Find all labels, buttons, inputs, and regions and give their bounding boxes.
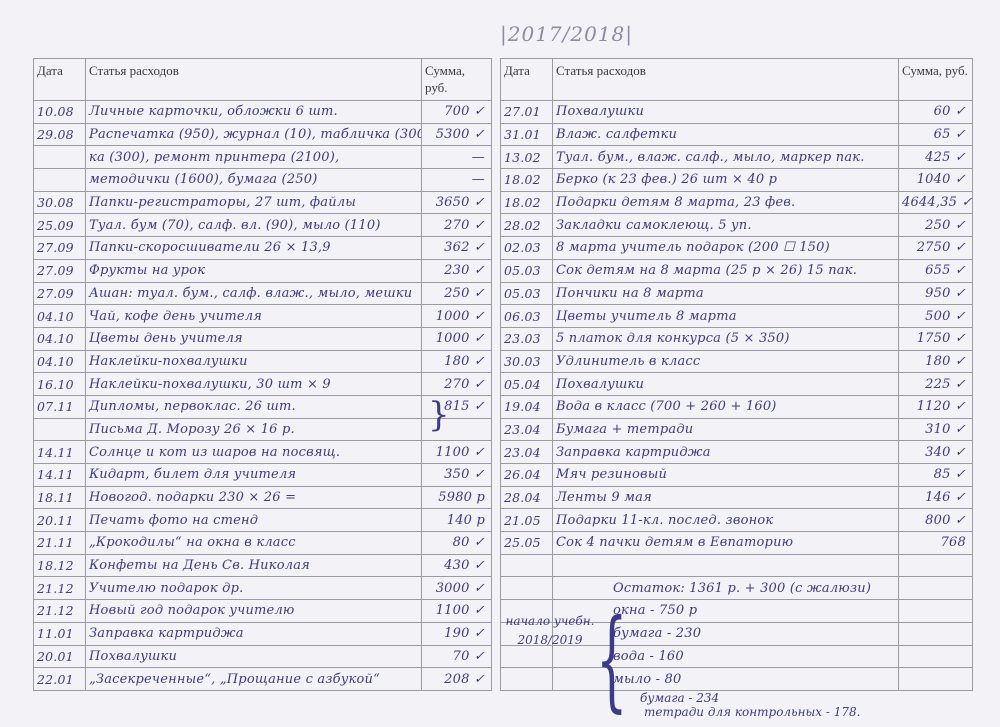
date-cell: 14.11 [34,441,86,464]
date-cell: 11.01 [34,622,86,645]
amount-cell: 208 ✓ [422,668,492,691]
date-cell: 23.03 [501,327,553,350]
date-cell: 21.11 [34,532,86,555]
amount-cell: — [422,146,492,169]
item-cell: Цветы учитель 8 марта [553,305,899,328]
header-date: Дата [501,59,553,101]
item-cell: Распечатка (950), журнал (10), табличка … [86,123,422,146]
expense-table-right: Дата Статья расходов Сумма, руб. 27.01По… [500,58,973,691]
header-row: Дата Статья расходов Сумма, руб. [501,59,973,101]
table-row: 29.08Распечатка (950), журнал (10), табл… [34,123,492,146]
date-cell: 04.10 [34,350,86,373]
item-cell: методички (1600), бумага (250) [86,169,422,192]
item-cell: Вода в класс (700 + 260 + 160) [553,395,899,418]
amount-cell: 180 ✓ [422,350,492,373]
header-item: Статья расходов [86,59,422,101]
item-cell: Похвалушки [553,101,899,124]
amount-cell: 950 ✓ [899,282,973,305]
date-cell: 05.03 [501,259,553,282]
date-cell: 20.01 [34,645,86,668]
amount-cell [899,577,973,600]
amount-cell: 146 ✓ [899,486,973,509]
date-cell: 22.01 [34,668,86,691]
header-amount: Сумма, руб. [899,59,973,101]
table-row: 27.09Ашан: туал. бум., салф. влаж., мыло… [34,282,492,305]
amount-cell: 1750 ✓ [899,327,973,350]
date-cell: 16.10 [34,373,86,396]
merge-brace: } [428,398,450,432]
item-cell: Учителю подарок др. [86,577,422,600]
table-row: 06.03Цветы учитель 8 марта500 ✓ [501,305,973,328]
amount-cell: 225 ✓ [899,373,973,396]
amount-cell: 1000 ✓ [422,305,492,328]
date-cell: 27.09 [34,237,86,260]
amount-cell: 1100 ✓ [422,600,492,623]
item-cell: Наклейки-похвалушки, 30 шт × 9 [86,373,422,396]
table-row: 23.035 платок для конкурса (5 × 350)1750… [501,327,973,350]
date-cell: 18.02 [501,191,553,214]
table-row: 10.08Личные карточки, обложки 6 шт.700 ✓ [34,101,492,124]
item-cell: Новый год подарок учителю [86,600,422,623]
date-cell: 28.04 [501,486,553,509]
amount-cell: 5980 р [422,486,492,509]
amount-cell: 60 ✓ [899,101,973,124]
amount-cell [899,600,973,623]
table-row: 26.04Мяч резиновый85 ✓ [501,464,973,487]
table-row: ка (300), ремонт принтера (2100),— [34,146,492,169]
amount-cell: 655 ✓ [899,259,973,282]
amount-cell: — [422,169,492,192]
table-row: 07.11Дипломы, первоклас. 26 шт.815 ✓ [34,395,492,418]
date-cell [501,577,553,600]
date-cell: 05.04 [501,373,553,396]
date-cell [34,418,86,441]
amount-cell: 1000 ✓ [422,327,492,350]
item-cell: Чай, кофе день учителя [86,305,422,328]
table-row: 27.01Похвалушки60 ✓ [501,101,973,124]
amount-cell: 80 ✓ [422,532,492,555]
item-cell: Папки-регистраторы, 27 шт, файлы [86,191,422,214]
item-cell: Мяч резиновый [553,464,899,487]
table-row: 30.03Удлинитель в класс180 ✓ [501,350,973,373]
left-table-body: 10.08Личные карточки, обложки 6 шт.700 ✓… [34,101,492,691]
table-row: 21.12Новый год подарок учителю1100 ✓ [34,600,492,623]
amount-cell: 800 ✓ [899,509,973,532]
amount-cell: 768 [899,532,973,555]
item-cell: Новогод. подарки 230 × 26 = [86,486,422,509]
item-cell: Заправка картриджа [553,441,899,464]
table-row: 16.10Наклейки-похвалушки, 30 шт × 9270 ✓ [34,373,492,396]
item-cell: Личные карточки, обложки 6 шт. [86,101,422,124]
table-row: 18.12Конфеты на День Св. Николая430 ✓ [34,554,492,577]
amount-cell: 350 ✓ [422,464,492,487]
amount-cell: 230 ✓ [422,259,492,282]
item-cell: Похвалушки [553,373,899,396]
amount-cell: 1040 ✓ [899,169,973,192]
item-cell: Подарки 11-кл. послед. звонок [553,509,899,532]
item-cell: Удлинитель в класс [553,350,899,373]
header-date: Дата [34,59,86,101]
date-cell: 18.11 [34,486,86,509]
date-cell: 21.05 [501,509,553,532]
amount-cell [899,554,973,577]
item-cell: Берко (к 23 фев.) 26 шт × 40 р [553,169,899,192]
table-row: 21.12Учителю подарок др.3000 ✓ [34,577,492,600]
date-cell: 04.10 [34,305,86,328]
table-row: 20.01Похвалушки70 ✓ [34,645,492,668]
item-cell: Туал. бум (70), салф. вл. (90), мыло (11… [86,214,422,237]
item-cell: Сок 4 пачки детям в Евпаторию [553,532,899,555]
item-cell: Сок детям на 8 марта (25 р × 26) 15 пак. [553,259,899,282]
amount-cell: 270 ✓ [422,373,492,396]
table-row: 28.04Ленты 9 мая146 ✓ [501,486,973,509]
date-cell [501,554,553,577]
header-row: Дата Статья расходов Сумма, руб. [34,59,492,101]
table-row: 11.01Заправка картриджа190 ✓ [34,622,492,645]
date-cell: 25.09 [34,214,86,237]
curly-brace: { [596,604,628,714]
amount-cell: 250 ✓ [422,282,492,305]
item-cell: Письма Д. Морозу 26 × 16 р. [86,418,422,441]
amount-cell: 3650 ✓ [422,191,492,214]
amount-cell: 500 ✓ [899,305,973,328]
table-row: Остаток: 1361 р. + 300 (с жалюзи) [501,577,973,600]
date-cell: 18.12 [34,554,86,577]
item-cell: „Крокодилы“ на окна в класс [86,532,422,555]
date-cell: 10.08 [34,101,86,124]
item-cell: Похвалушки [86,645,422,668]
date-cell: 30.03 [501,350,553,373]
table-row: 04.10Чай, кофе день учителя1000 ✓ [34,305,492,328]
table-row: 21.05Подарки 11-кл. послед. звонок800 ✓ [501,509,973,532]
amount-cell: 270 ✓ [422,214,492,237]
item-cell: Пончики на 8 марта [553,282,899,305]
header-item: Статья расходов [553,59,899,101]
amount-cell: 2750 ✓ [899,237,973,260]
table-row: 21.11„Крокодилы“ на окна в класс80 ✓ [34,532,492,555]
item-cell: „Засекреченные“, „Прощание с азбукой“ [86,668,422,691]
amount-cell [899,645,973,668]
table-row: 31.01Влаж. салфетки65 ✓ [501,123,973,146]
table-row: 05.04Похвалушки225 ✓ [501,373,973,396]
item-cell: ка (300), ремонт принтера (2100), [86,146,422,169]
table-row: 04.10Наклейки-похвалушки180 ✓ [34,350,492,373]
table-row: 27.09Папки-скоросшиватели 26 × 13,9362 ✓ [34,237,492,260]
table-row: 27.09Фрукты на урок230 ✓ [34,259,492,282]
item-cell: Туал. бум., влаж. салф., мыло, маркер па… [553,146,899,169]
date-cell: 27.09 [34,259,86,282]
date-cell: 26.04 [501,464,553,487]
amount-cell: 362 ✓ [422,237,492,260]
date-cell: 23.04 [501,441,553,464]
item-cell: Дипломы, первоклас. 26 шт. [86,395,422,418]
item-cell: Подарки детям 8 марта, 23 фев. [553,191,899,214]
item-cell [553,554,899,577]
date-cell [34,146,86,169]
amount-cell: 425 ✓ [899,146,973,169]
amount-cell: 250 ✓ [899,214,973,237]
amount-cell: 1100 ✓ [422,441,492,464]
amount-cell: 180 ✓ [899,350,973,373]
table-row: мыло - 80 [501,668,973,691]
date-cell: 27.01 [501,101,553,124]
amount-cell: 5300 ✓ [422,123,492,146]
side-note: начало учебн. 2018/2019 [505,612,595,650]
item-cell: Фрукты на урок [86,259,422,282]
item-cell: Кидарт, билет для учителя [86,464,422,487]
amount-cell: 70 ✓ [422,645,492,668]
item-cell: Солнце и кот из шаров на посвящ. [86,441,422,464]
date-cell: 04.10 [34,327,86,350]
table-row: 18.02Подарки детям 8 марта, 23 фев.4644,… [501,191,973,214]
year-label: |2017/2018| [500,22,633,46]
date-cell [34,169,86,192]
date-cell: 02.03 [501,237,553,260]
table-row: 28.02Закладки самоклеющ. 5 уп.250 ✓ [501,214,973,237]
table-row: методички (1600), бумага (250)— [34,169,492,192]
amount-cell: 700 ✓ [422,101,492,124]
expense-table-left: Дата Статья расходов Сумма, руб. 10.08Ли… [33,58,492,691]
date-cell: 14.11 [34,464,86,487]
table-row: 14.11Солнце и кот из шаров на посвящ.110… [34,441,492,464]
amount-cell: 310 ✓ [899,418,973,441]
table-row: 22.01„Засекреченные“, „Прощание с азбуко… [34,668,492,691]
item-cell: Закладки самоклеющ. 5 уп. [553,214,899,237]
date-cell: 05.03 [501,282,553,305]
table-row: 19.04Вода в класс (700 + 260 + 160)1120 … [501,395,973,418]
date-cell: 31.01 [501,123,553,146]
date-cell: 07.11 [34,395,86,418]
date-cell: 19.04 [501,395,553,418]
item-cell: Заправка картриджа [86,622,422,645]
item-cell: Конфеты на День Св. Николая [86,554,422,577]
table-row: 25.09Туал. бум (70), салф. вл. (90), мыл… [34,214,492,237]
table-row: 23.04Заправка картриджа340 ✓ [501,441,973,464]
amount-cell: 190 ✓ [422,622,492,645]
table-row: 18.11Новогод. подарки 230 × 26 =5980 р [34,486,492,509]
amount-cell: 1120 ✓ [899,395,973,418]
item-cell: 8 марта учитель подарок (200 ☐ 150) [553,237,899,260]
table-row: 18.02Берко (к 23 фев.) 26 шт × 40 р1040 … [501,169,973,192]
item-cell: Печать фото на стенд [86,509,422,532]
table-row: 14.11Кидарт, билет для учителя350 ✓ [34,464,492,487]
table-row [501,554,973,577]
amount-cell [899,668,973,691]
table-row: 30.08Папки-регистраторы, 27 шт, файлы365… [34,191,492,214]
date-cell: 21.12 [34,600,86,623]
date-cell: 18.02 [501,169,553,192]
amount-cell [899,622,973,645]
item-cell: Папки-скоросшиватели 26 × 13,9 [86,237,422,260]
date-cell: 28.02 [501,214,553,237]
table-row: Письма Д. Морозу 26 × 16 р. [34,418,492,441]
date-cell: 27.09 [34,282,86,305]
table-row: 05.03Сок детям на 8 марта (25 р × 26) 15… [501,259,973,282]
amount-cell: 4644,35 ✓ [899,191,973,214]
date-cell: 30.08 [34,191,86,214]
amount-cell: 430 ✓ [422,554,492,577]
date-cell: 13.02 [501,146,553,169]
header-amount: Сумма, руб. [422,59,492,101]
amount-cell: 340 ✓ [899,441,973,464]
item-cell: 5 платок для конкурса (5 × 350) [553,327,899,350]
table-row: 20.11Печать фото на стенд140 р [34,509,492,532]
item-cell: Наклейки-похвалушки [86,350,422,373]
table-row: 23.04Бумага + тетради310 ✓ [501,418,973,441]
date-cell [501,668,553,691]
date-cell: 23.04 [501,418,553,441]
table-row: 25.05Сок 4 пачки детям в Евпаторию768 [501,532,973,555]
amount-cell: 85 ✓ [899,464,973,487]
amount-cell: 3000 ✓ [422,577,492,600]
item-cell: Бумага + тетради [553,418,899,441]
date-cell: 25.05 [501,532,553,555]
amount-cell: 65 ✓ [899,123,973,146]
date-cell: 20.11 [34,509,86,532]
table-row: 02.038 марта учитель подарок (200 ☐ 150)… [501,237,973,260]
date-cell: 21.12 [34,577,86,600]
item-cell: Влаж. салфетки [553,123,899,146]
extra-line: бумага - 234 [640,691,860,705]
extra-lines: бумага - 234 тетради для контрольных - 1… [640,691,860,719]
table-row: 04.10Цветы день учителя1000 ✓ [34,327,492,350]
date-cell: 06.03 [501,305,553,328]
right-table-body: 27.01Похвалушки60 ✓31.01Влаж. салфетки65… [501,101,973,691]
date-cell: 29.08 [34,123,86,146]
table-row: 13.02Туал. бум., влаж. салф., мыло, марк… [501,146,973,169]
table-row: 05.03Пончики на 8 марта950 ✓ [501,282,973,305]
amount-cell: 140 р [422,509,492,532]
extra-line: тетради для контрольных - 178. [644,705,860,719]
item-cell: Ленты 9 мая [553,486,899,509]
item-cell: Цветы день учителя [86,327,422,350]
item-cell: Ашан: туал. бум., салф. влаж., мыло, меш… [86,282,422,305]
